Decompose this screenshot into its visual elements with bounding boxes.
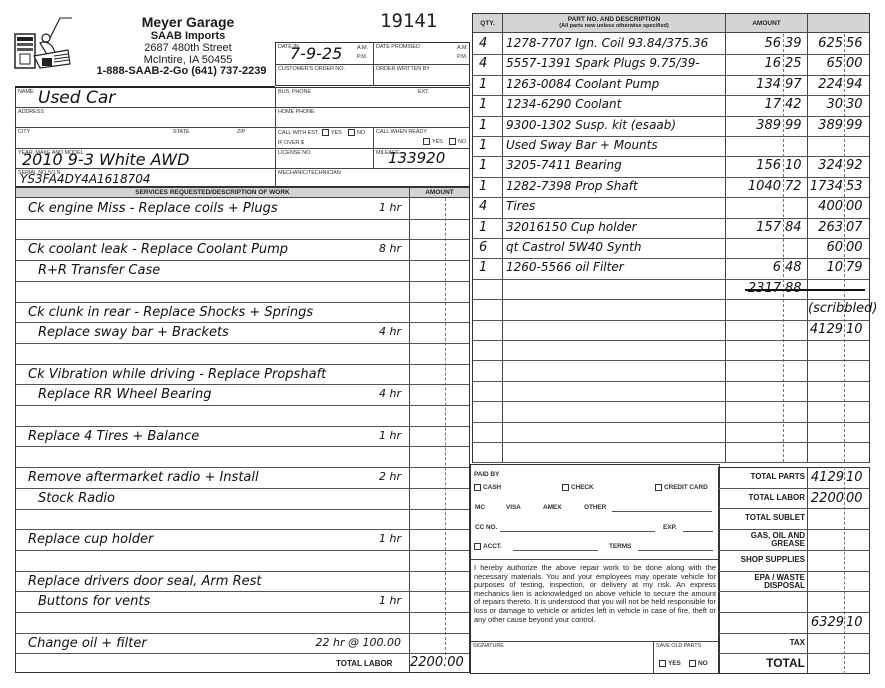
parts-row[interactable]: 11234-6290 Coolant17423030 [473,95,869,115]
part-description: 1234-6290 Coolant [506,97,731,111]
service-line[interactable] [16,612,409,633]
parts-row[interactable]: 45557-1391 Spark Plugs 9.75/39-16256500 [473,54,869,74]
part-amount-cents: 99 [846,118,868,133]
part-amount-dollars: 30 [808,97,843,112]
call-when-ready-label: CALL WHEN READY [376,129,427,135]
part-unit-cents: 39 [785,36,807,51]
part-amount-cents: 07 [846,220,868,235]
call-with-est-no[interactable]: NO [348,129,365,136]
totals-row: TOTAL SUBLET [719,508,869,529]
mechanic-label: MECHANIC/TECHNICIAN [278,170,341,176]
service-hours: 1 hr [379,429,401,442]
part-amount-dollars: (scribbled) [808,301,843,316]
if-over-label: IF OVER $ [278,140,304,146]
part-unit-cents: 99 [785,118,807,133]
parts-header-amount: AMOUNT [726,14,807,33]
part-unit-dollars: 389 [726,118,781,133]
part-unit-cents: 97 [785,77,807,92]
save-old-parts-yes[interactable]: YES [659,660,681,667]
year-make-model-field[interactable]: 2010 9-3 White AWD [22,150,189,169]
checkbox-icon [423,138,430,145]
part-description: 5557-1391 Spark Plugs 9.75/39- [506,56,731,70]
part-unit-cents: 10 [785,158,807,173]
parts-header-part-title: PART NO. AND DESCRIPTION [503,16,725,23]
totals-label: TAX [720,633,805,654]
service-description: R+R Transfer Case [38,263,160,278]
name-label: NAME [18,89,34,95]
totals-cents[interactable]: 00 [846,491,868,506]
part-description: Used Sway Bar + Mounts [506,138,731,152]
service-description: Buttons for vents [38,594,150,609]
parts-row[interactable]: 412910 [473,320,869,340]
part-amount-cents: 00 [846,199,868,214]
mileage-field[interactable]: 133920 [388,149,445,167]
totals-row: GAS, OIL AND GREASE [719,529,869,550]
parts-header-extended [808,14,869,33]
part-unit-dollars: 156 [726,158,781,173]
city-label: CITY [18,129,30,135]
authorization-text: I hereby authorize the above repair work… [474,564,716,624]
part-description: 1278-7707 Ign. Coil 93.84/375.36 [506,36,731,50]
checkbox-icon [474,484,481,491]
totals-row [719,591,869,612]
part-description: qt Castrol 5W40 Synth [506,240,731,254]
part-amount-dollars: 324 [808,158,843,173]
service-line[interactable]: Ck clunk in rear - Replace Shocks + Spri… [16,302,409,323]
part-amount-cents: 10 [846,322,868,337]
services-header-description: SERVICES REQUESTED/DESCRIPTION OF WORK [16,188,409,198]
service-hours: 2 hr [379,470,401,483]
service-description: Stock Radio [38,491,115,506]
totals-row: TOTAL [719,653,869,674]
part-amount-cents: 00 [846,240,868,255]
signature-field[interactable] [473,650,651,672]
parts-row[interactable]: 11260-5566 oil Filter6481079 [473,258,869,278]
service-hours: 1 hr [379,594,401,607]
part-amount-cents: 94 [846,77,868,92]
service-description: Replace 4 Tires + Balance [28,429,199,444]
cc-no-label: CC NO. [475,524,497,531]
service-description: Ck coolant leak - Replace Coolant Pump [28,242,288,257]
part-amount-cents: 92 [846,158,868,173]
part-unit-dollars: 157 [726,220,781,235]
service-line[interactable] [16,550,409,571]
company-name: Meyer Garage [98,14,278,30]
part-amount-dollars: 65 [808,56,843,71]
exp-label: EXP. [663,524,677,531]
checkbox-icon [449,138,456,145]
part-qty: 4 [479,36,499,51]
service-line[interactable] [16,446,409,467]
totals-row: 632910 [719,612,869,633]
service-line[interactable]: Replace cup holder1 hr [16,529,409,550]
service-description: Ck Vibration while driving - Replace Pro… [28,367,326,382]
part-amount-dollars: 625 [808,36,843,51]
service-line[interactable]: Change oil + filter22 hr @ 100.00 [16,633,409,654]
customers-order-no-label: CUSTOMER'S ORDER NO. [278,66,345,72]
part-description: 1263-0084 Coolant Pump [506,77,731,91]
part-unit-dollars: 17 [726,97,781,112]
parts-row[interactable]: 132016150 Cup holder1578426307 [473,218,869,238]
parts-row[interactable]: (scribbled) [473,299,869,319]
part-unit-dollars: 1040 [726,179,781,194]
company-address-line1: 2687 480th Street [98,42,278,54]
service-hours: 4 hr [379,325,401,338]
pm-label: P.M. [357,54,367,60]
total-labor-label: TOTAL LABOR [336,659,392,668]
service-hours: 1 hr [379,532,401,545]
service-description: Replace RR Wheel Bearing [38,387,212,402]
cash-checkbox[interactable]: CASH [474,484,501,491]
service-description: Replace cup holder [28,532,153,547]
totals-row: TOTAL LABOR220000 [719,488,869,509]
service-description: Remove aftermarket radio + Install [28,470,259,485]
service-line[interactable]: Ck engine Miss - Replace coils + Plugs1 … [16,198,409,219]
part-qty: 4 [479,199,499,214]
date-in-field[interactable]: 7-9-25 [290,44,342,63]
parts-row[interactable]: 4Tires40000 [473,197,869,217]
checkbox-icon [562,484,569,491]
totals-label: GAS, OIL AND GREASE [720,532,805,548]
checkbox-icon [659,660,666,667]
part-amount-dollars: 10 [808,260,843,275]
part-amount-cents: 79 [846,260,868,275]
checkbox-icon [322,129,329,136]
service-description: Ck clunk in rear - Replace Shocks + Spri… [28,305,313,320]
part-unit-dollars: 134 [726,77,781,92]
part-qty: 1 [479,77,499,92]
exp-field[interactable] [683,531,713,532]
amex-label[interactable]: AMEX [543,504,561,511]
service-hours: 4 hr [379,387,401,400]
service-line[interactable] [16,509,409,530]
date-promised-label: DATE PROMISED [376,44,420,50]
part-amount-dollars: 4129 [808,322,843,337]
checkbox-icon [655,484,662,491]
service-line[interactable]: R+R Transfer Case [16,260,409,281]
totals-label: SHOP SUPPLIES [720,550,805,571]
paid-by-label: PAID BY [474,471,499,478]
save-old-parts-no[interactable]: NO [689,660,708,667]
service-line[interactable]: Replace drivers door seal, Arm Rest [16,571,409,592]
service-line[interactable]: Replace sway bar + Brackets4 hr [16,322,409,343]
part-amount-dollars: 389 [808,118,843,133]
parts-row[interactable]: 11263-0084 Coolant Pump1349722494 [473,75,869,95]
totals-row: EPA / WASTE DISPOSAL [719,571,869,592]
service-hours: 8 hr [379,242,401,255]
part-qty: 1 [479,179,499,194]
call-when-ready-no[interactable]: NO [449,138,466,145]
company-phone: 1-888-SAAB-2-Go (641) 737-2239 [84,65,279,77]
signature-label: SIGNATURE [473,643,504,649]
part-description: Tires [506,199,731,213]
other-field[interactable] [612,511,712,512]
service-line[interactable] [16,281,409,302]
parts-row[interactable] [473,422,869,442]
visa-label[interactable]: VISA [506,504,521,511]
service-hours: 1 hr [379,201,401,214]
parts-row[interactable]: 6qt Castrol 5W40 Synth6000 [473,238,869,258]
service-description: Replace sway bar + Brackets [38,325,229,340]
other-label: OTHER [584,504,606,511]
totals-label: EPA / WASTE DISPOSAL [720,574,805,590]
totals-label: TOTAL PARTS [720,467,805,488]
service-hours: 22 hr @ 100.00 [316,636,401,649]
part-qty: 4 [479,56,499,71]
pm-label-2: P.M. [457,54,467,60]
part-amount-dollars: 224 [808,77,843,92]
totals-cents[interactable]: 10 [846,470,868,485]
am-label: A.M. [357,45,368,51]
bus-phone-label: BUS. PHONE [278,89,311,95]
totals-label: TOTAL LABOR [720,488,805,509]
acct-field[interactable] [513,550,598,551]
part-unit-cents: 72 [785,179,807,194]
totals-row: SHOP SUPPLIES [719,550,869,571]
part-unit-dollars: 56 [726,36,781,51]
service-line[interactable]: Replace 4 Tires + Balance1 hr [16,426,409,447]
part-description: 1282-7398 Prop Shaft [506,179,731,193]
service-line[interactable]: Replace RR Wheel Bearing4 hr [16,384,409,405]
totals-dollars[interactable]: 6329 [808,615,844,630]
part-qty: 1 [479,97,499,112]
part-unit-cents: 84 [785,220,807,235]
checkbox-icon [348,129,355,136]
part-description: 1260-5566 oil Filter [506,260,731,274]
part-description: 9300-1302 Susp. kit (esaab) [506,118,731,132]
part-unit-cents: 48 [785,260,807,275]
part-unit-dollars: 6 [726,260,781,275]
license-no-label: LICENSE NO. [278,150,312,156]
part-amount-dollars: 400 [808,199,843,214]
part-amount-dollars: 263 [808,220,843,235]
total-labor-value[interactable]: 2200.00 [410,655,464,670]
ruled-line [473,462,869,463]
address-label: ADDRESS [18,109,44,115]
part-qty: 1 [479,158,499,173]
company-subtitle: SAAB Imports [98,30,278,42]
name-field[interactable]: Used Car [38,88,115,108]
part-qty: 1 [479,220,499,235]
totals-row: TOTAL PARTS412910 [719,467,869,488]
parts-row[interactable]: 1Used Sway Bar + Mounts [473,136,869,156]
am-label-2: A.M. [457,45,468,51]
acct-checkbox[interactable]: ACCT. [474,543,502,550]
service-line[interactable]: Remove aftermarket radio + Install2 hr [16,467,409,488]
serial-vin-field[interactable]: YS3FA4DY4A1618704 [20,172,150,186]
part-qty: 1 [479,260,499,275]
parts-row[interactable] [473,340,869,360]
parts-row[interactable]: 41278-7707 Ign. Coil 93.84/375.365639625… [473,34,869,54]
part-amount-cents: 56 [846,36,868,51]
credit-card-checkbox[interactable]: CREDIT CARD [655,484,708,491]
terms-field[interactable] [638,550,713,551]
totals-dollars[interactable]: 4129 [808,470,844,485]
service-line[interactable]: Ck Vibration while driving - Replace Pro… [16,364,409,385]
invoice-number: 19141 [380,10,437,32]
mechanic-at-engine-icon [12,16,72,71]
totals-row: TAX [719,633,869,654]
totals-dollars[interactable]: 2200 [808,491,844,506]
part-amount-cents: 53 [846,179,868,194]
service-line[interactable]: Stock Radio [16,488,409,509]
save-old-parts-label: SAVE OLD PARTS [656,643,701,649]
ext-label: EXT. [418,89,429,95]
parts-row[interactable]: 11282-7398 Prop Shaft104072173453 [473,177,869,197]
totals-label: TOTAL [720,653,805,674]
parts-row[interactable] [473,360,869,380]
part-amount-cents: 00 [846,56,868,71]
totals-cents[interactable]: 10 [846,615,868,630]
part-qty: 1 [479,138,499,153]
parts-row[interactable] [473,401,869,421]
call-with-est-label: CALL WITH EST. [278,130,319,136]
part-unit-cents: 25 [785,56,807,71]
service-description: Replace drivers door seal, Arm Rest [28,574,261,589]
part-unit-dollars: 16 [726,56,781,71]
checkbox-icon [689,660,696,667]
part-unit-cents: 42 [785,97,807,112]
part-qty: 6 [479,240,499,255]
totals-label: TOTAL SUBLET [720,508,805,529]
zip-label: ZIP [237,129,245,135]
parts-header-part-sub: (All parts new unless otherwise specifie… [503,23,725,30]
parts-header-part: PART NO. AND DESCRIPTION (All parts new … [503,14,725,33]
parts-header-qty: QTY. [473,14,502,33]
home-phone-label: HOME PHONE [278,109,315,115]
subtotal-underline [745,289,865,291]
service-line[interactable]: Buttons for vents1 hr [16,591,409,612]
parts-row[interactable]: 13205-7411 Bearing1561032492 [473,156,869,176]
call-when-ready-yes[interactable]: YES [423,138,443,145]
service-description: Ck engine Miss - Replace coils + Plugs [28,201,278,216]
parts-row[interactable] [473,381,869,401]
services-header-amount: AMOUNT [410,188,469,198]
call-with-est-yes[interactable]: YES [322,129,342,136]
service-description: Change oil + filter [28,636,147,651]
check-checkbox[interactable]: CHECK [562,484,594,491]
service-line[interactable] [16,219,409,240]
cc-no-field[interactable] [500,531,655,532]
terms-label: TERMS [609,543,631,550]
parts-row[interactable] [473,442,869,462]
part-amount-cents: 30 [846,97,868,112]
part-description: 3205-7411 Bearing [506,158,731,172]
parts-row[interactable]: 19300-1302 Susp. kit (esaab)3899938999 [473,116,869,136]
part-qty: 1 [479,118,499,133]
part-amount-dollars: 60 [808,240,843,255]
service-line[interactable] [16,405,409,426]
checkbox-icon [474,543,481,550]
mc-label[interactable]: MC [475,504,485,511]
order-written-by-label: ORDER WRITTEN BY [376,66,430,72]
part-description: 32016150 Cup holder [506,220,731,234]
service-line[interactable]: Ck coolant leak - Replace Coolant Pump8 … [16,239,409,260]
part-amount-dollars: 1734 [808,179,843,194]
service-line[interactable] [16,343,409,364]
state-label: STATE [173,129,189,135]
